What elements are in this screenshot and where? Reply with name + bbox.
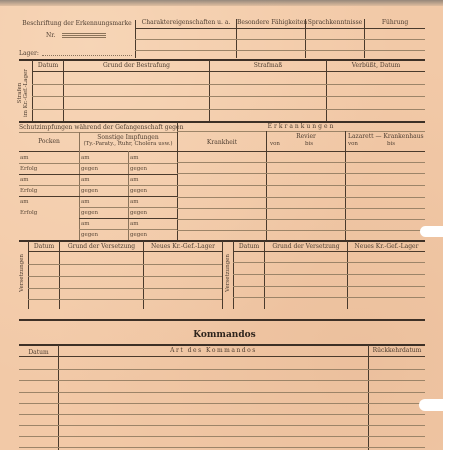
section-rule — [19, 59, 425, 61]
col-sonstige-2: (Ty.-Paraty., Ruhr, Cholera usw.) — [79, 141, 177, 148]
sprachkenntnisse-label: Sprachkenntnisse — [306, 19, 364, 26]
rule — [32, 71, 425, 72]
paper-right-edge — [443, 0, 449, 450]
col-neues-lager: Neues Kr.-Gef.-Lager — [144, 243, 222, 250]
beschriftung-label: Beschriftung der Erkennungsmarke — [22, 20, 132, 27]
strafen-side-label: Strafen im Kr.-Gef.-Lager — [17, 68, 29, 118]
paper-edge-shadow — [0, 0, 449, 6]
entry-line[interactable] — [28, 288, 222, 289]
impf-cell[interactable]: gegen — [130, 188, 147, 194]
nr-label: Nr. — [46, 32, 55, 39]
rule — [19, 163, 177, 164]
impf-cell[interactable]: gegen — [81, 166, 98, 172]
impf-cell[interactable]: am — [81, 155, 90, 161]
rule — [233, 251, 425, 252]
entry-line[interactable] — [32, 109, 425, 110]
entry-line[interactable] — [19, 425, 425, 426]
divider — [222, 241, 223, 309]
impf-cell[interactable]: gegen — [130, 166, 147, 172]
impf-cell[interactable]: am — [81, 199, 90, 205]
col-lazarett: Lazarett — Krankenhaus — [348, 133, 424, 140]
erkrankungen-title: Erkrankungen — [178, 123, 425, 130]
divider — [32, 60, 33, 121]
entry-line[interactable] — [32, 96, 425, 97]
entry-line[interactable] — [19, 369, 425, 370]
col-grund: Grund der Versetzung — [265, 243, 347, 250]
rule — [19, 196, 177, 197]
divider — [63, 60, 64, 121]
entry-line[interactable] — [177, 230, 425, 231]
impf-cell[interactable]: gegen — [81, 188, 98, 194]
entry-line[interactable] — [177, 185, 425, 186]
col-grund: Grund der Bestrafung — [64, 62, 209, 69]
col-revier: Revier — [267, 133, 345, 140]
rule — [19, 174, 177, 175]
lager-label: Lager: — [19, 50, 39, 57]
col-datum: Datum — [33, 62, 63, 69]
nr-field-line-2 — [62, 35, 106, 36]
col-art: Art des Kommandos — [59, 347, 368, 354]
entry-line[interactable] — [19, 447, 425, 448]
entry-line[interactable] — [177, 197, 425, 198]
col-neues-lager: Neues Kr.-Gef.-Lager — [348, 243, 425, 250]
divider — [326, 60, 327, 121]
col-datum: Datum — [29, 243, 59, 250]
impf-cell[interactable]: gegen — [130, 232, 147, 238]
revier-bis: bis — [305, 141, 313, 148]
entry-line[interactable] — [233, 297, 425, 298]
entry-line[interactable] — [177, 173, 425, 174]
entry-line[interactable] — [32, 84, 425, 85]
impf-cell[interactable]: Erfolg — [20, 188, 37, 194]
versetzungen-label-left: Versetzungen — [19, 251, 25, 295]
rule — [79, 207, 177, 208]
entry-line[interactable] — [177, 208, 425, 209]
entry-line[interactable] — [19, 436, 425, 437]
versetzungen-label-right: Versetzungen — [225, 251, 231, 295]
col-rueckkehr: Rückkehrdatum — [369, 347, 425, 354]
rule — [79, 218, 177, 219]
impf-cell[interactable]: gegen — [130, 210, 147, 216]
entry-line[interactable] — [19, 392, 425, 393]
impf-cell[interactable]: am — [130, 199, 139, 205]
divider — [368, 345, 369, 450]
col-datum: Datum — [19, 349, 58, 356]
entry-line[interactable] — [28, 299, 222, 300]
impf-cell[interactable]: Erfolg — [20, 210, 37, 216]
col-grund: Grund der Versetzung — [60, 243, 143, 250]
col-krankheit: Krankheit — [178, 139, 266, 146]
section-rule — [19, 319, 425, 321]
impf-cell[interactable]: am — [81, 221, 90, 227]
rule — [135, 28, 425, 29]
lager-field[interactable] — [42, 55, 132, 56]
nr-field-line[interactable] — [62, 33, 106, 34]
impf-cell[interactable]: am — [130, 155, 139, 161]
entry-line[interactable] — [135, 39, 425, 40]
rule — [19, 356, 425, 357]
entry-line[interactable] — [19, 380, 425, 381]
col-strafmass: Strafmaß — [210, 62, 326, 69]
divider — [58, 345, 59, 450]
revier-von: von — [270, 141, 280, 148]
col-pocken: Pocken — [19, 138, 79, 145]
col-datum: Datum — [234, 243, 264, 250]
rule — [79, 229, 177, 230]
impf-cell[interactable]: am — [20, 199, 29, 205]
impf-cell[interactable]: am — [130, 221, 139, 227]
entry-line[interactable] — [135, 50, 425, 51]
entry-line[interactable] — [28, 264, 222, 265]
charakter-label: Charaktereigenschaften u. a. — [137, 19, 235, 26]
rule — [28, 251, 222, 252]
entry-line[interactable] — [233, 286, 425, 287]
impf-cell[interactable]: Erfolg — [20, 166, 37, 172]
nr-field-line-3 — [62, 37, 106, 38]
col-verbuesst: Verbüßt, Datum — [327, 62, 425, 69]
entry-line[interactable] — [233, 274, 425, 275]
impf-cell[interactable]: am — [20, 155, 29, 161]
impf-cell[interactable]: gegen — [81, 210, 98, 216]
rule — [19, 185, 177, 186]
rule — [177, 131, 425, 132]
impf-cell[interactable]: am — [130, 177, 139, 183]
entry-line[interactable] — [19, 414, 425, 415]
rule — [19, 132, 177, 133]
entry-line[interactable] — [28, 276, 222, 277]
lazarett-bis: bis — [387, 141, 395, 148]
impfungen-title: Schutzimpfungen während der Gefangenscha… — [19, 124, 177, 131]
section-rule — [19, 344, 425, 346]
strafen-label-2: im Kr.-Gef.-Lager — [23, 68, 29, 118]
impf-cell[interactable]: am — [81, 177, 90, 183]
entry-line[interactable] — [233, 262, 425, 263]
fuehrung-label: Führung — [365, 19, 425, 26]
entry-line[interactable] — [19, 403, 425, 404]
entry-line[interactable] — [177, 219, 425, 220]
impf-cell[interactable]: am — [20, 177, 29, 183]
col-sonstige-1: Sonstige Impfungen — [79, 134, 177, 141]
impf-cell[interactable]: gegen — [81, 232, 98, 238]
entry-line[interactable] — [177, 162, 425, 163]
divider — [209, 60, 210, 121]
lazarett-von: von — [348, 141, 358, 148]
faehigkeiten-label: Besondere Fähigkeiten — [237, 19, 305, 26]
kommandos-title: Kommandos — [0, 330, 449, 340]
